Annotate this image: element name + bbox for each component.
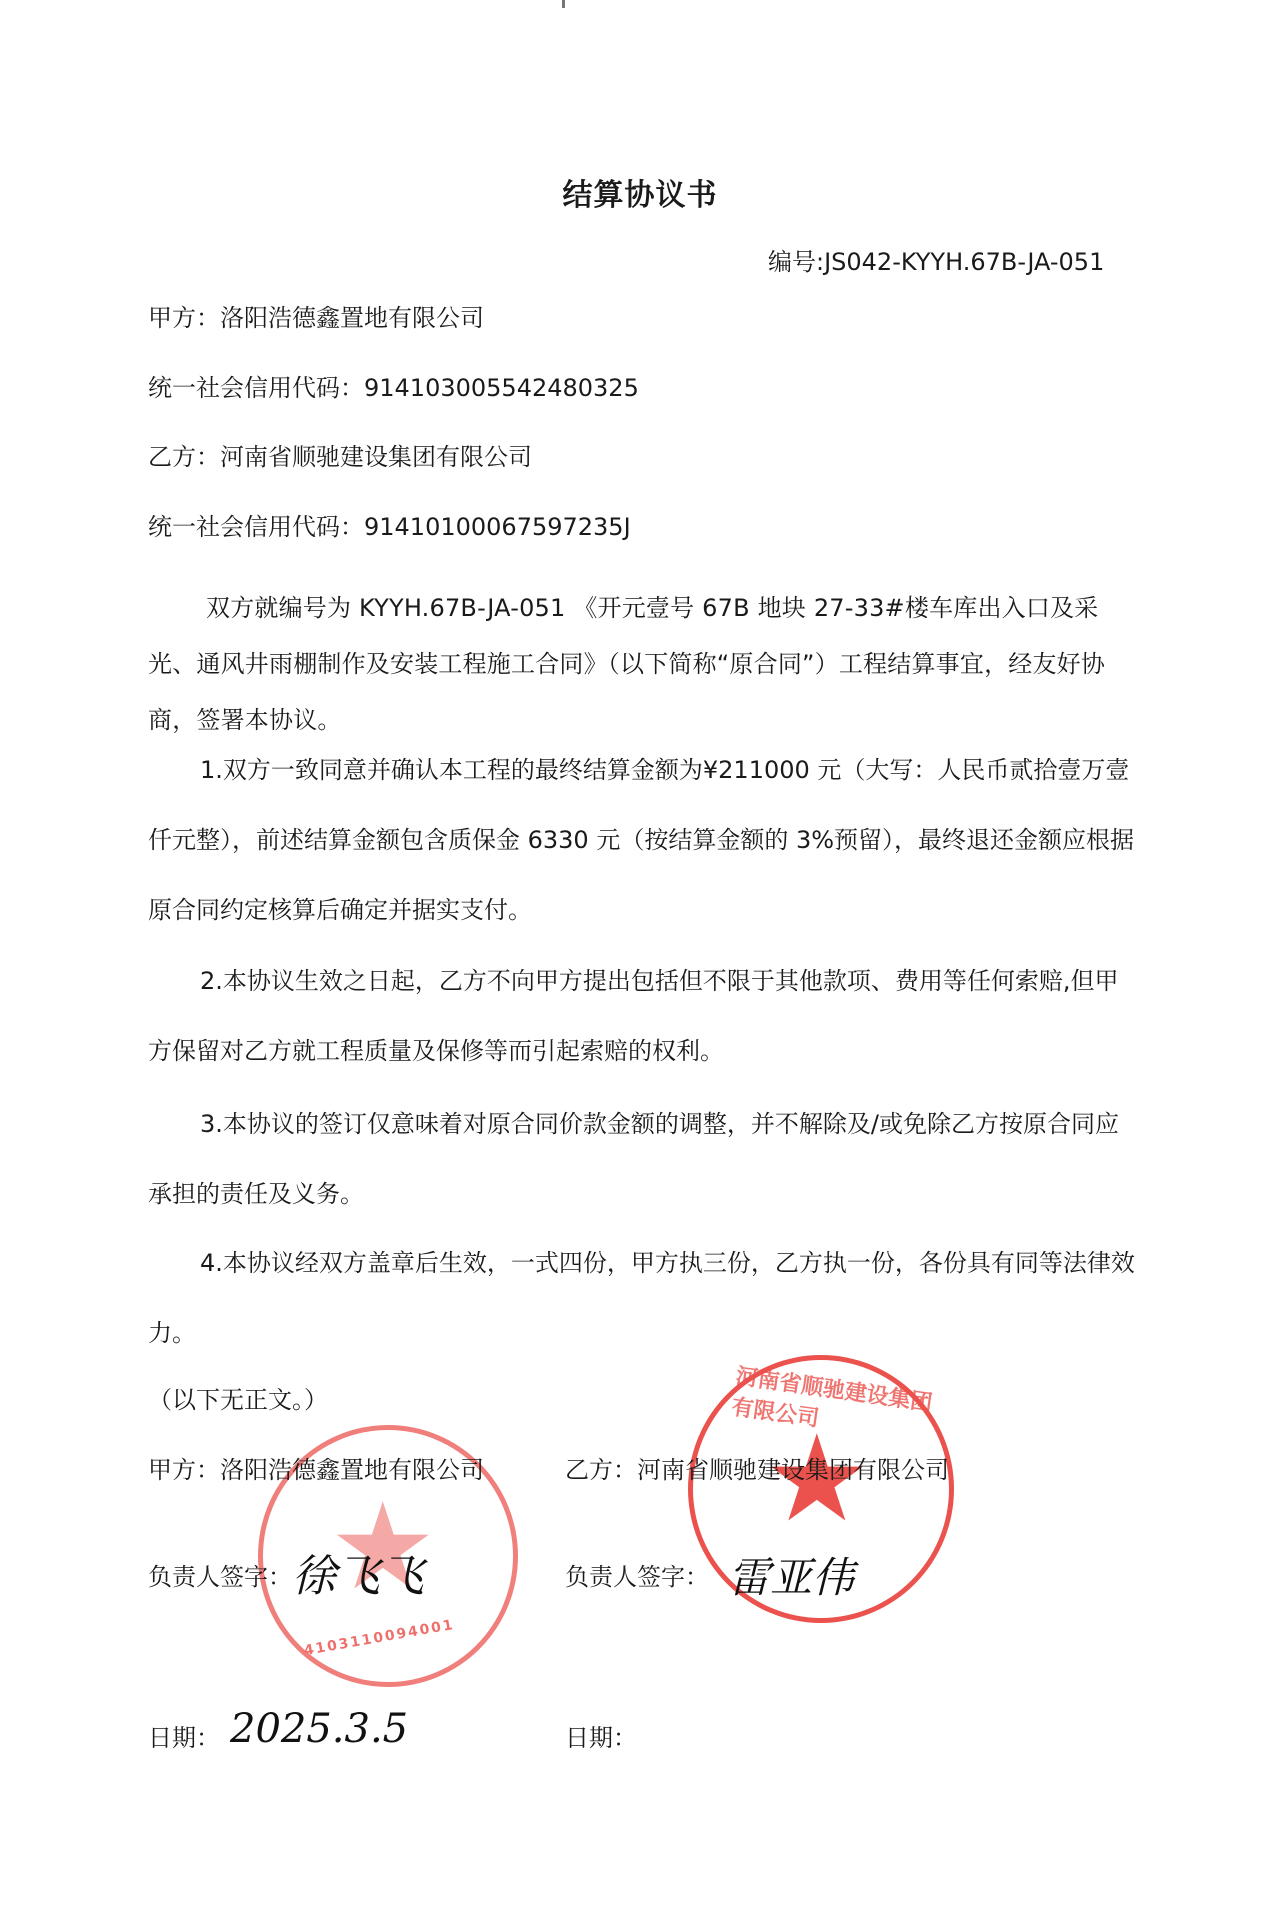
end-note: （以下无正文。） [148,1380,328,1415]
party-b-signature-label: 乙方：河南省顺驰建设集团有限公司 [565,1450,949,1485]
clause-4: 4.本协议经双方盖章后生效，一式四份，甲方执三份，乙方执一份，各份具有同等法律效… [148,1228,1138,1368]
party-b-handwritten-signature: 雷亚伟 [728,1545,854,1605]
party-b-date-label: 日期： [565,1718,637,1753]
party-b-signer-label: 负责人签字： [565,1557,709,1592]
document-title: 结算协议书 [0,170,1280,214]
party-a-credit-code: 统一社会信用代码：914103005542480325 [148,368,639,403]
clause-3: 3.本协议的签订仅意味着对原合同价款金额的调整，并不解除及/或免除乙方按原合同应… [148,1089,1138,1229]
party-b-credit-code: 统一社会信用代码：91410100067597235J [148,507,631,542]
party-a-handwritten-signature: 徐飞飞 [292,1540,424,1604]
party-a-date-label: 日期： [148,1718,220,1753]
clause-1: 1.双方一致同意并确认本工程的最终结算金额为¥211000 元（大写：人民币贰拾… [148,735,1138,945]
party-a-handwritten-date: 2025.3.5 [230,1706,408,1752]
scan-mark [562,0,565,8]
party-a-signer-label: 负责人签字： [148,1557,292,1592]
intro-paragraph: 双方就编号为 KYYH.67B-JA-051 《开元壹号 67B 地块 27-3… [148,580,1138,748]
party-b-line: 乙方：河南省顺驰建设集团有限公司 [148,437,532,472]
clause-2: 2.本协议生效之日起，乙方不向甲方提出包括但不限于其他款项、费用等任何索赔,但甲… [148,946,1138,1086]
document-number: 编号:JS042-KYYH.67B-JA-051 [768,242,1104,277]
party-a-signature-label: 甲方：洛阳浩德鑫置地有限公司 [148,1450,484,1485]
party-a-line: 甲方：洛阳浩德鑫置地有限公司 [148,298,484,333]
seal-number: 4103110094001 [303,1617,456,1659]
